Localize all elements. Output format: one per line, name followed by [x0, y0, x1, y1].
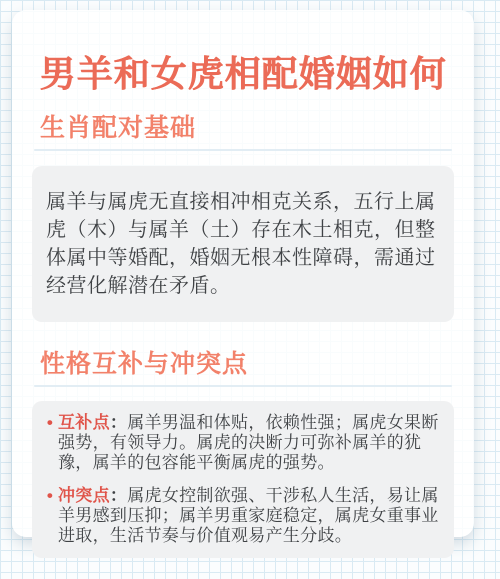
grid-background: 男羊和女虎相配婚姻如何 生肖配对基础 属羊与属虎无直接相冲相克关系，五行上属虎（…: [0, 0, 500, 579]
section-divider: [34, 385, 452, 387]
bullet-content: 冲突点：属虎女控制欲强、干涉私人生活，易让属羊男感到压抑；属羊男重家庭稳定，属虎…: [58, 486, 440, 546]
page-title: 男羊和女虎相配婚姻如何: [32, 50, 454, 98]
list-item: • 互补点：属羊男温和体贴，依赖性强；属虎女果断强势，有领导力。属虎的决断力可弥…: [42, 413, 440, 473]
list-item: • 冲突点：属虎女控制欲强、干涉私人生活，易让属羊男感到压抑；属羊男重家庭稳定，…: [42, 486, 440, 546]
section-divider: [34, 149, 452, 151]
section-heading-zodiac-basics: 生肖配对基础: [40, 112, 454, 144]
content-card: 男羊和女虎相配婚姻如何 生肖配对基础 属羊与属虎无直接相冲相克关系，五行上属虎（…: [12, 10, 474, 537]
bullet-content: 互补点：属羊男温和体贴，依赖性强；属虎女果断强势，有领导力。属虎的决断力可弥补属…: [58, 413, 440, 473]
personality-bullet-list: • 互补点：属羊男温和体贴，依赖性强；属虎女果断强势，有领导力。属虎的决断力可弥…: [32, 401, 454, 558]
bullet-label-complement: 互补点: [58, 413, 110, 432]
zodiac-basics-paragraph: 属羊与属虎无直接相冲相克关系，五行上属虎（木）与属羊（土）存在木土相克，但整体属…: [32, 166, 454, 322]
bullet-dot-icon: •: [42, 413, 58, 433]
section-heading-personality: 性格互补与冲突点: [40, 348, 454, 380]
bullet-dot-icon: •: [42, 486, 58, 506]
bullet-colon: ：: [110, 413, 127, 432]
bullet-label-conflict: 冲突点: [58, 486, 110, 505]
bullet-colon: ：: [110, 486, 127, 505]
